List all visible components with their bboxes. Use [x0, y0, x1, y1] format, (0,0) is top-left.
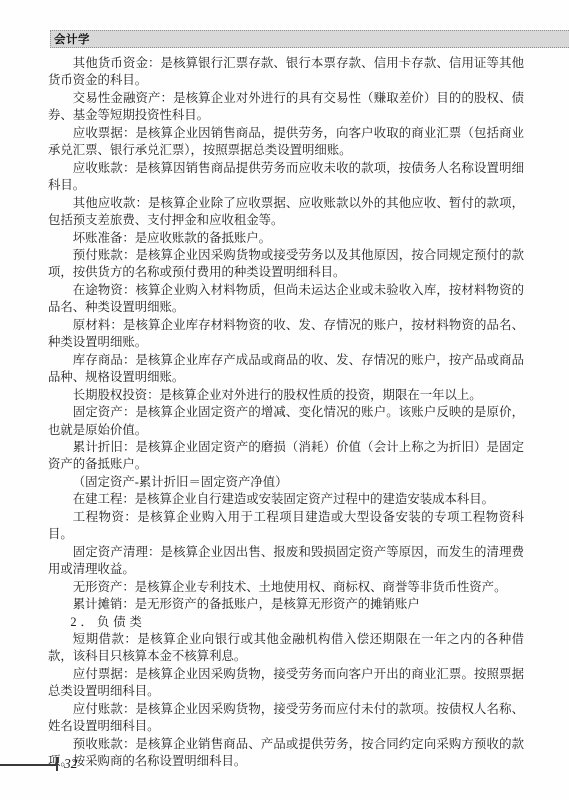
page-body-text: 其他货币资金：是核算银行汇票存款、银行本票存款、信用卡存款、信用证等其他货币资金…	[48, 55, 524, 771]
paragraph: 长期股权投资：是核算企业对外进行的股权性质的投资，期限在一年以上。	[48, 387, 524, 404]
paragraph: 应付账款：是核算企业因采购货物，接受劳务而应付未付的款项。按债权人名称、姓名设置…	[48, 701, 524, 736]
paragraph: 其他货币资金：是核算银行汇票存款、银行本票存款、信用卡存款、信用证等其他货币资金…	[48, 55, 524, 90]
paragraph: 固定资产清理：是核算企业因出售、报废和毁损固定资产等原因，而发生的清理费用或清理…	[48, 544, 524, 579]
chapter-header-band: 会计学	[50, 30, 569, 48]
paragraph: 其他应收款：是核算企业除了应收票据、应收账款以外的其他应收、暂付的款项，包括预支…	[48, 195, 524, 230]
paragraph: 累计摊销：是无形资产的备抵账户，是核算无形资产的摊销账户	[48, 596, 524, 613]
footer-rule-line	[0, 764, 56, 766]
chapter-header-title: 会计学	[54, 31, 90, 47]
paragraph: 交易性金融资产：是核算企业对外进行的具有交易性（赚取差价）目的的股权、债券、基金…	[48, 90, 524, 125]
paragraph: 工程物资：是核算企业购入用于工程项目建造或大型设备安装的专项工程物资科目。	[48, 509, 524, 544]
footer-rule-tick	[56, 757, 58, 771]
paragraph: 预付账款：是核算企业因采购货物或接受劳务以及其他原因，按合同规定预付的款项，按供…	[48, 247, 524, 282]
paragraph: 固定资产：是核算企业固定资产的增减、变化情况的账户。该账户反映的是原价，也就是原…	[48, 404, 524, 439]
paragraph: 在途物资：核算企业购入材料物质，但尚未运达企业或未验收入库，按材料物资的品名、种…	[48, 282, 524, 317]
paragraph: 无形资产：是核算企业专利技术、土地使用权、商标权、商誉等非货币性资产。	[48, 579, 524, 596]
page-number: 32	[64, 756, 78, 772]
paragraph: 在建工程：是核算企业自行建造或安装固定资产过程中的建造安装成本科目。	[48, 491, 524, 508]
paragraph: 累计折旧：是核算企业固定资产的磨损（消耗）价值（会计上称之为折旧）是固定资产的备…	[48, 439, 524, 474]
paragraph: 坏账准备：是应收账款的备抵账户。	[48, 230, 524, 247]
paragraph: 短期借款：是核算企业向银行或其他金融机构借入偿还期限在一年之内的各种借款，该科目…	[48, 631, 524, 666]
paragraph: 原材料：是核算企业库存材料物资的收、发、存情况的账户，按材料物资的品名、种类设置…	[48, 317, 524, 352]
paragraph: 库存商品：是核算企业库存产成品或商品的收、发、存情况的账户，按产品或商品品种、规…	[48, 352, 524, 387]
paragraph: 预收账款：是核算企业销售商品、产品或提供劳务，按合同约定向采购方预收的款项。按采…	[48, 736, 524, 771]
book-page: 会计学 其他货币资金：是核算银行汇票存款、银行本票存款、信用卡存款、信用证等其他…	[0, 0, 569, 800]
section-heading: 2．负债类	[48, 614, 524, 631]
paragraph: 应收票据：是核算企业因销售商品，提供劳务，向客户收取的商业汇票（包括商业承兑汇票…	[48, 125, 524, 160]
paragraph: （固定资产-累计折旧＝固定资产净值）	[48, 474, 524, 491]
paragraph: 应收账款：是核算因销售商品提供劳务而应收未收的款项，按债务人名称设置明细科目。	[48, 160, 524, 195]
paragraph: 应付票据：是核算企业因采购货物，接受劳务而向客户开出的商业汇票。按照票据总类设置…	[48, 666, 524, 701]
